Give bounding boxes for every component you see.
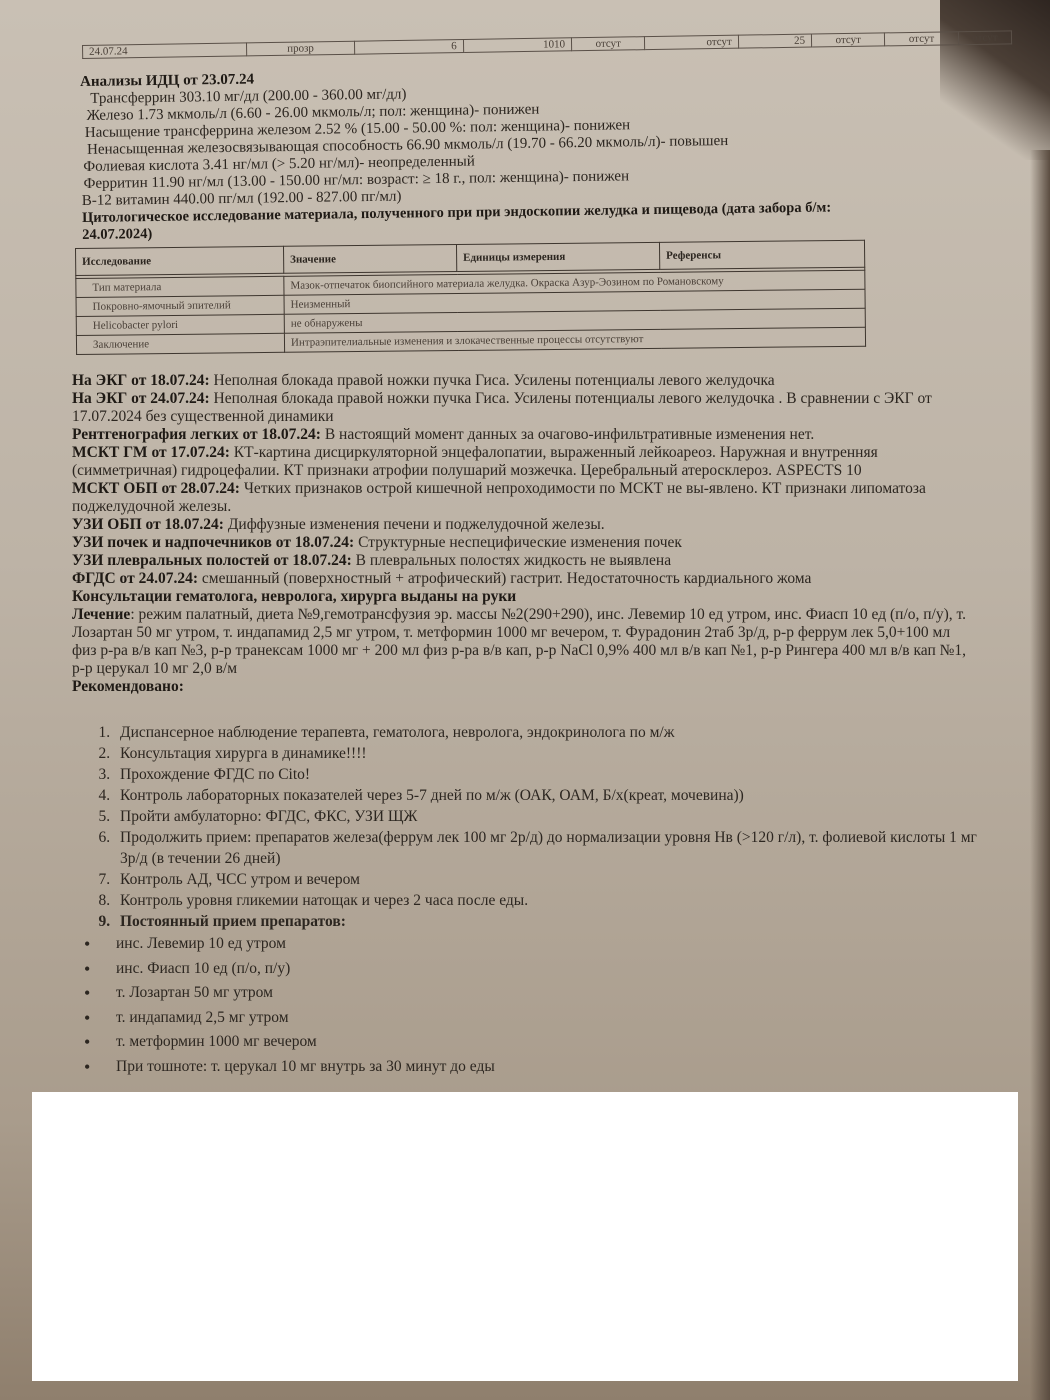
finding-text: В плевральных полостях жидкость не выявл… [352, 552, 671, 569]
column-header: Референсы [659, 240, 864, 269]
finding-ecg-1: На ЭКГ от 18.07.24: Неполная блокада пра… [72, 372, 972, 390]
finding-label: На ЭКГ от 24.07.24: [72, 390, 210, 407]
table-cell: отсут [572, 37, 646, 51]
finding-text: смешанный (поверхностный + атрофический)… [198, 570, 811, 587]
finding-date: от 17.07.24: [148, 444, 230, 461]
finding-label: УЗИ почек и надпочечников от 18.07.24: [72, 534, 354, 551]
medication-item: т. метформин 1000 мг вечером [84, 1030, 495, 1055]
column-header: Исследование [76, 246, 284, 275]
recommendation-item: Постоянный прием препаратов: [114, 911, 994, 932]
treatment-label: Лечение [72, 606, 130, 623]
paper-sheet: 24.07.24 прозр 6 1010 отсут отсут 25 отс… [0, 0, 1050, 1400]
finding-us-abdomen: УЗИ ОБП от 18.07.24: Диффузные изменения… [72, 516, 972, 534]
table-row: 24.07.24 прозр 6 1010 отсут отсут 25 отс… [83, 31, 1012, 59]
recommendations-list: Диспансерное наблюдение терапевта, гемат… [80, 722, 994, 932]
table-cell: отсут [811, 33, 885, 47]
recommendation-item: Прохождение ФГДС по Cito! [114, 764, 994, 785]
finding-label: ФГДС от 24.07.24: [72, 570, 198, 587]
finding-us-kidneys: УЗИ почек и надпочечников от 18.07.24: С… [72, 534, 972, 552]
finding-us-pleural: УЗИ плевральных полостей от 18.07.24: В … [72, 552, 972, 570]
column-header: Значение [283, 245, 456, 274]
finding-egd: ФГДС от 24.07.24: смешанный (поверхностн… [72, 570, 972, 588]
table-cell: 1010 [463, 38, 572, 53]
medication-item: При тошноте: т. церукал 10 мг внутрь за … [84, 1055, 495, 1080]
urinalysis-table-row: 24.07.24 прозр 6 1010 отсут отсут 25 отс… [82, 30, 1012, 59]
consultations-note: Консультации гематолога, невролога, хиру… [72, 588, 972, 606]
recommendation-item: Продолжить прием: препаратов железа(ферр… [114, 827, 994, 869]
medication-item: инс. Левемир 10 ед утром [84, 932, 495, 957]
row-label: Покровно-ямочный эпителий [76, 295, 284, 316]
finding-ct-brain: МСКТ ГМ от 17.07.24: КТ-картина дисцирку… [72, 444, 972, 480]
finding-label: На ЭКГ от 18.07.24: [72, 372, 210, 389]
table-cell: 24.07.24 [83, 43, 247, 59]
recommendation-item: Контроль лабораторных показателей через … [114, 785, 994, 806]
treatment-paragraph: Лечение: режим палатный, диета №9,гемотр… [72, 606, 972, 678]
permanent-meds-list: инс. Левемир 10 ед утром инс. Фиасп 10 е… [84, 932, 495, 1079]
finding-label: УЗИ ОБП от 18.07.24: [72, 516, 224, 533]
finding-label: МСКТ ОБП [72, 480, 158, 497]
finding-ecg-2: На ЭКГ от 24.07.24: Неполная блокада пра… [72, 390, 972, 426]
row-label: Тип материала [76, 276, 284, 297]
table-cell: 6 [355, 40, 464, 55]
paper-edge-shadow [1030, 150, 1050, 1400]
row-label: Заключение [76, 333, 284, 354]
finding-ct-abdomen: МСКТ ОБП от 28.07.24: Четких признаков о… [72, 480, 972, 516]
recommended-title: Рекомендовано: [72, 678, 972, 696]
cytology-table: Исследование Значение Единицы измерения … [75, 240, 866, 355]
medication-item: инс. Фиасп 10 ед (п/о, п/у) [84, 957, 495, 982]
finding-text: Структурные неспецифические изменения по… [354, 534, 682, 551]
finding-date: от 28.07.24: [158, 480, 240, 497]
finding-label: МСКТ ГМ [72, 444, 148, 461]
finding-text: Неполная блокада правой ножки пучка Гиса… [210, 372, 775, 389]
finding-text: Диффузные изменения печени и поджелудочн… [224, 516, 605, 533]
redacted-area [32, 1092, 1018, 1381]
finding-label: Рентгенография легких от 18.07.24: [72, 426, 321, 443]
finding-text: В настоящий момент данных за очагово-инф… [321, 426, 814, 443]
treatment-text: : режим палатный, диета №9,гемотрансфузи… [72, 606, 966, 677]
medication-item: т. индапамид 2,5 мг утром [84, 1006, 495, 1031]
medication-item: т. Лозартан 50 мг утром [84, 981, 495, 1006]
recommendation-item: Диспансерное наблюдение терапевта, гемат… [114, 722, 994, 743]
finding-xray: Рентгенография легких от 18.07.24: В нас… [72, 426, 972, 444]
recommendation-item: Контроль уровня гликемии натощак и через… [114, 890, 994, 911]
recommendation-item: Контроль АД, ЧСС утром и вечером [114, 869, 994, 890]
recommendation-item: Пройти амбулаторно: ФГДС, ФКС, УЗИ ЩЖ [114, 806, 994, 827]
recommendation-item: Консультация хирурга в динамике!!!! [114, 743, 994, 764]
table-cell: отсут [885, 32, 959, 46]
findings-section: На ЭКГ от 18.07.24: Неполная блокада пра… [72, 372, 972, 696]
row-label: Helicobacter pylori [76, 314, 284, 335]
table-cell: прозр [246, 41, 355, 56]
table-cell: отсут [645, 35, 739, 49]
folded-corner-shadow [940, 0, 1050, 160]
table-cell: отсут [958, 31, 1011, 45]
finding-label: УЗИ плевральных полостей от 18.07.24: [72, 552, 352, 569]
table-cell: 25 [738, 34, 812, 48]
iron-panel-section: Анализы ИДЦ от 23.07.24 Трансферрин 303.… [80, 64, 832, 244]
column-header: Единицы измерения [456, 242, 659, 271]
